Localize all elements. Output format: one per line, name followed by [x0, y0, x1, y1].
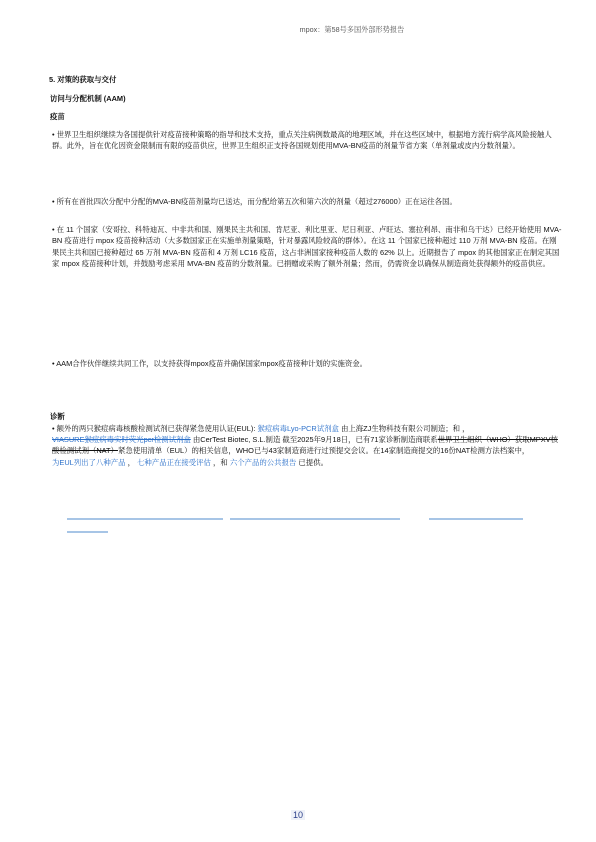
link-underline-bar-4[interactable] — [67, 531, 108, 533]
diagnostics-paragraph: • 额外的两只猴痘病毒核酸检测试剂已获得紧急使用认证(EUL): 猴痘病毒Lyo… — [52, 423, 562, 468]
page-number-value: 10 — [291, 810, 305, 820]
vaccine-paragraph-aam-partners: • AAM合作伙伴继续共同工作，以支持获得mpox疫苗并确保国家mpox疫苗接种… — [52, 358, 562, 369]
page-header: mpox：第58号多国外部形势报告 — [0, 25, 596, 35]
link-products-under-assessment[interactable]: 七种产品正在接受评估 — [137, 458, 211, 467]
page-number: 10 — [0, 810, 596, 820]
link-viasure-kit[interactable]: VIASURE猴痘病毒实时荧光pcr检测试剂盒 — [52, 435, 191, 444]
diagnostics-text-1: 由上海ZJ生物科技有限公司制造；和 ， — [339, 424, 470, 433]
diagnostics-intro: • 额外的两只猴痘病毒核酸检测试剂已获得紧急使用认证(EUL): — [52, 424, 257, 433]
link-underline-bar-1[interactable] — [67, 518, 223, 520]
vaccine-paragraph-allocation: • 所有在首批四次分配中分配的MVA-BN疫苗剂量均已送达，而分配给第五次和第六… — [52, 196, 562, 207]
link-underline-bar-2[interactable] — [230, 518, 400, 520]
vaccine-paragraph-guidance: • 世界卫生组织继续为各国提供针对疫苗接种策略的指导和技术支持，重点关注病例数最… — [52, 129, 562, 152]
link-lyo-pcr-kit[interactable]: 猴痘病毒Lyo-PCR试剂盒 — [257, 424, 338, 433]
diagnostics-heading: 诊断 — [50, 411, 65, 422]
vaccines-heading: 疫苗 — [50, 111, 65, 122]
vaccine-paragraph-countries: • 在 11 个国家（安哥拉、科特迪瓦、中非共和国、刚果民主共和国、肯尼亚、利比… — [52, 224, 562, 269]
link-eul-listed-products[interactable]: 为EUL列出了八种产品 — [52, 458, 126, 467]
subsection-title: 访问与分配机制 (AAM) — [50, 93, 126, 104]
link-underline-bar-3[interactable] — [429, 518, 523, 520]
link-public-reports[interactable]: 六个产品的公共报告 — [230, 458, 297, 467]
section-title: 5. 对策的获取与交付 — [49, 74, 116, 85]
diagnostics-text-4: ， — [126, 458, 138, 467]
diagnostics-text-2: 由CerTest Biotec, S.L.制造 截至2025年9月18日，已有7… — [191, 435, 438, 444]
diagnostics-text-3: 紧急使用清单（EUL）的相关信息，WHO已与43家制造商进行过预提交会议。在14… — [118, 446, 529, 455]
diagnostics-text-5: ，和 — [211, 458, 230, 467]
diagnostics-text-6: 已提供。 — [296, 458, 328, 467]
